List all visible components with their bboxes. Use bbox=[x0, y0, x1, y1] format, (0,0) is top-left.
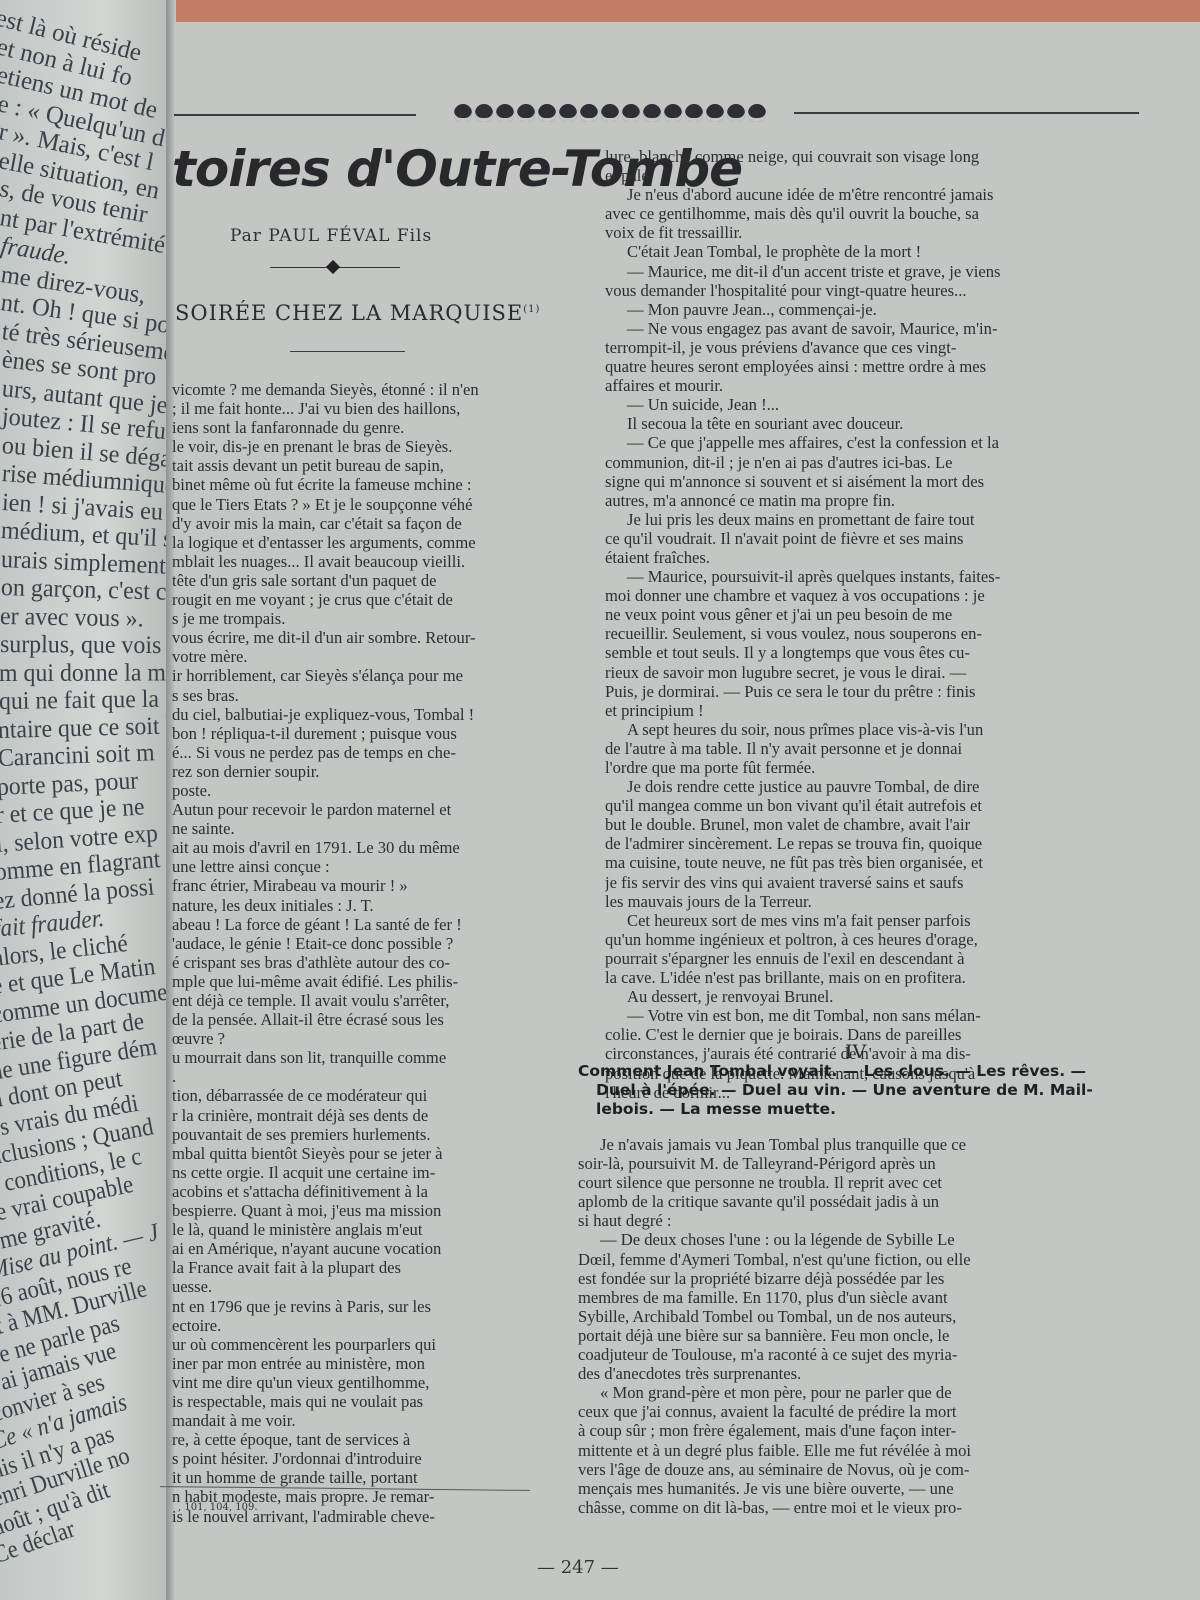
ornament-bead-icon bbox=[706, 104, 724, 122]
background-strip bbox=[0, 0, 1200, 24]
text-line: soir-là, poursuivit M. de Talleyrand-Pér… bbox=[578, 1154, 1143, 1173]
text-line: uesse. bbox=[172, 1277, 570, 1296]
text-line: ent déjà ce temple. Il avait voulu s'arr… bbox=[172, 991, 570, 1010]
text-line: votre mère. bbox=[172, 647, 570, 666]
text-line: tion, débarrassée de ce modérateur qui bbox=[172, 1086, 570, 1105]
left-page-text-line: on garçon, c'est cela bbox=[0, 574, 172, 607]
text-line: Dœil, femme d'Aymeri Tombal, n'est qu'un… bbox=[578, 1250, 1143, 1269]
text-line: ; il me fait honte... J'ai vu bien des h… bbox=[172, 399, 570, 418]
fleuron-divider bbox=[270, 262, 400, 274]
text-line: châsse, comme on dit là-bas, — entre moi… bbox=[578, 1498, 1143, 1517]
section-summary-line: Comment Jean Tombal voyait. — Les clous.… bbox=[578, 1062, 1148, 1081]
text-line: moi donner une chambre et vaquez à vos o… bbox=[605, 586, 1145, 605]
text-line: ma cuisine, toute neuve, ne fût pas très… bbox=[605, 853, 1145, 872]
text-line: de l'autre à ma table. Il n'y avait pers… bbox=[605, 739, 1145, 758]
chapter-title-text: SOIRÉE CHEZ LA MARQUISE bbox=[175, 301, 523, 325]
text-line: rez son dernier soupir. bbox=[172, 762, 570, 781]
ornament-bead-icon bbox=[727, 104, 745, 122]
text-line: mençais mes humanités. Je vis une bière … bbox=[578, 1479, 1143, 1498]
text-line: membres de ma famille. En 1170, plus d'u… bbox=[578, 1288, 1143, 1307]
text-line: s je me trompais. bbox=[172, 609, 570, 628]
text-line: it un homme de grande taille, portant bbox=[172, 1468, 570, 1487]
text-line: terrompit-il, je vous préviens d'avance … bbox=[605, 338, 1145, 357]
text-line: Autun pour recevoir le pardon maternel e… bbox=[172, 800, 570, 819]
ornament-bead-icon bbox=[580, 104, 598, 122]
text-line: iner par mon entrée au ministère, mon bbox=[172, 1354, 570, 1373]
header-rule-left bbox=[174, 114, 416, 116]
text-line: le là, quand le ministère anglais m'eut bbox=[172, 1220, 570, 1239]
text-line: pouvantait de ses premiers hurlements. bbox=[172, 1125, 570, 1144]
text-line: autres, m'a annoncé ce matin ma propre f… bbox=[605, 491, 1145, 510]
text-line: is respectable, mais qui ne voulait pas bbox=[172, 1392, 570, 1411]
right-column-continued: Je n'avais jamais vu Jean Tombal plus tr… bbox=[578, 1135, 1143, 1517]
text-line: bon ! répliqua-t-il durement ; puisque v… bbox=[172, 724, 570, 743]
text-line: les mauvais jours de la Terreur. bbox=[605, 892, 1145, 911]
ornament-bead-icon bbox=[601, 104, 619, 122]
text-line: s point hésiter. J'ordonnai d'introduire bbox=[172, 1449, 570, 1468]
text-line: court silence que personne ne troubla. I… bbox=[578, 1173, 1143, 1192]
text-line: — Maurice, poursuivit-il après quelques … bbox=[605, 567, 1145, 586]
text-line: bespierre. Quant à moi, j'eus ma mission bbox=[172, 1201, 570, 1220]
text-line: coadjuteur de Toulouse, m'a raconté à ce… bbox=[578, 1345, 1143, 1364]
text-line: signe qui m'annonce si souvent et si ais… bbox=[605, 472, 1145, 491]
text-line: — Votre vin est bon, me dit Tombal, non … bbox=[605, 1006, 1145, 1025]
section-summary: Comment Jean Tombal voyait. — Les clous.… bbox=[578, 1062, 1148, 1119]
text-line: ne sainte. bbox=[172, 819, 570, 838]
footnote-marker: (1) bbox=[523, 304, 540, 315]
text-line: é crispant ses bras d'athlète autour des… bbox=[172, 953, 570, 972]
text-line: circonstances, j'aurais été contrarié de… bbox=[605, 1044, 1145, 1063]
text-line: étaient fraîches. bbox=[605, 548, 1145, 567]
text-line: ait au mois d'avril en 1791. Le 30 du mê… bbox=[172, 838, 570, 857]
text-line: quatre heures seront employées ainsi : m… bbox=[605, 357, 1145, 376]
text-line: Cet heureux sort de mes vins m'a fait pe… bbox=[605, 911, 1145, 930]
text-line: des d'anecdotes très surprenantes. bbox=[578, 1364, 1143, 1383]
text-line: tait assis devant un petit bureau de sap… bbox=[172, 456, 570, 475]
ornament-bead-icon bbox=[496, 104, 514, 122]
text-line: Je dois rendre cette justice au pauvre T… bbox=[605, 777, 1145, 796]
right-page: toires d'Outre-Tombe Par PAUL FÉVAL Fils… bbox=[174, 22, 1200, 1600]
text-line: que le Tiers Etats ? » Et je le soupçonn… bbox=[172, 495, 570, 514]
text-line: l'ordre que ma porte fût fermée. bbox=[605, 758, 1145, 777]
left-page-text-line: er avec vous ». bbox=[0, 603, 144, 634]
text-line: but le double. Brunel, mon valet de cham… bbox=[605, 815, 1145, 834]
chapter-title: SOIRÉE CHEZ LA MARQUISE(1) bbox=[175, 301, 540, 325]
ornament-bead-icon bbox=[517, 104, 535, 122]
text-line: nature, les deux initiales : J. T. bbox=[172, 896, 570, 915]
text-line: — Mon pauvre Jean.., commençai-je. bbox=[605, 300, 1145, 319]
text-line: le voir, dis-je en prenant le bras de Si… bbox=[172, 437, 570, 456]
section-number: IV bbox=[845, 1041, 866, 1063]
text-line: affaires et mourir. bbox=[605, 376, 1145, 395]
text-line: voix de fit tressaillir. bbox=[605, 223, 1145, 242]
chapter-rule bbox=[290, 351, 405, 352]
text-line: du ciel, balbutiai-je expliquez-vous, To… bbox=[172, 705, 570, 724]
text-line: de la pensée. Allait-il être écrasé sous… bbox=[172, 1010, 570, 1029]
text-line: acobins et s'attacha définitivement à la bbox=[172, 1182, 570, 1201]
text-line: œuvre ? bbox=[172, 1029, 570, 1048]
footnote: , 101, 104, 109. bbox=[178, 1502, 258, 1513]
text-line: — Ne vous engagez pas avant de savoir, M… bbox=[605, 319, 1145, 338]
text-line: vers l'âge de douze ans, au séminaire de… bbox=[578, 1460, 1143, 1479]
text-line: lure, blanche comme neige, qui couvrait … bbox=[605, 147, 1145, 166]
text-line: abeau ! La force de géant ! La santé de … bbox=[172, 915, 570, 934]
right-column: lure, blanche comme neige, qui couvrait … bbox=[605, 147, 1145, 1102]
ornament-bead-icon bbox=[559, 104, 577, 122]
text-line: rougit en me voyant ; je crus que c'étai… bbox=[172, 590, 570, 609]
text-line: Je n'eus d'abord aucune idée de m'être r… bbox=[605, 185, 1145, 204]
text-line: la cave. L'idée n'est pas brillante, mai… bbox=[605, 968, 1145, 987]
left-facing-page: est là où résideet non à lui foetiens un… bbox=[0, 0, 172, 1600]
ornament-bead-icon bbox=[622, 104, 640, 122]
text-line: colie. C'est le dernier que je boirais. … bbox=[605, 1025, 1145, 1044]
text-line: u mourrait dans son lit, tranquille comm… bbox=[172, 1048, 570, 1067]
text-line: — Maurice, me dit-il d'un accent triste … bbox=[605, 262, 1145, 281]
text-line: tête d'un gris sale sortant d'un paquet … bbox=[172, 571, 570, 590]
text-line: poste. bbox=[172, 781, 570, 800]
text-line: Sybille, Archibald Tombel ou Tombal, un … bbox=[578, 1307, 1143, 1326]
text-line: mple que lui-même avait édifié. Les phil… bbox=[172, 972, 570, 991]
text-line: à coup sûr ; mon frère également, mais d… bbox=[578, 1421, 1143, 1440]
text-line: avec ce gentilhomme, mais dès qu'il ouvr… bbox=[605, 204, 1145, 223]
header-rule-right bbox=[794, 112, 1139, 114]
text-line: franc étrier, Mirabeau va mourir ! » bbox=[172, 876, 570, 895]
text-line: 'audace, le génie ! Etait-ce donc possib… bbox=[172, 934, 570, 953]
text-line: recueillir. Seulement, si vous voulez, n… bbox=[605, 624, 1145, 643]
text-line: je fis servir des vins qui avaient trave… bbox=[605, 873, 1145, 892]
text-line: est fondée sur la propriété bizarre déjà… bbox=[578, 1269, 1143, 1288]
left-page-text-line: surplus, que vois bbox=[0, 631, 161, 660]
section-summary-line: Duel à l'épée. — Duel au vin. — Une aven… bbox=[578, 1081, 1148, 1100]
text-line: ur où commencèrent les pourparlers qui bbox=[172, 1335, 570, 1354]
text-line: s ses bras. bbox=[172, 686, 570, 705]
text-line: Il secoua la tête en souriant avec douce… bbox=[605, 414, 1145, 433]
text-line: vous écrire, me dit-il d'un air sombre. … bbox=[172, 628, 570, 647]
text-line: pourrait s'épargner les ennuis de l'exil… bbox=[605, 949, 1145, 968]
text-line: — Ce que j'appelle mes affaires, c'est l… bbox=[605, 433, 1145, 452]
text-line: é... Si vous ne perdez pas de temps en c… bbox=[172, 743, 570, 762]
text-line: vicomte ? me demanda Sieyès, étonné : il… bbox=[172, 380, 570, 399]
ornament-bead-icon bbox=[454, 104, 472, 122]
text-line: portait déjà une bière sur sa bannière. … bbox=[578, 1326, 1143, 1345]
ornament-bead-icon bbox=[748, 104, 766, 122]
text-line: r la crinière, montrait déjà ses dents d… bbox=[172, 1106, 570, 1125]
text-line: nt en 1796 que je revins à Paris, sur le… bbox=[172, 1297, 570, 1316]
text-line: ce qu'il voudrait. Il n'avait point de f… bbox=[605, 529, 1145, 548]
text-line: Je n'avais jamais vu Jean Tombal plus tr… bbox=[578, 1135, 1143, 1154]
text-line: ne veux point vous gêner et j'ai un peu … bbox=[605, 605, 1145, 624]
text-line: la France avait fait à la plupart des bbox=[172, 1258, 570, 1277]
ornament-bead-icon bbox=[538, 104, 556, 122]
left-page-text-line: qui ne fait que la bbox=[0, 686, 159, 716]
author-line: Par PAUL FÉVAL Fils bbox=[230, 226, 432, 246]
ornament-bead-icon bbox=[475, 104, 493, 122]
text-line: communion, dit-il ; je n'en ai pas d'aut… bbox=[605, 453, 1145, 472]
text-line: binet même où fut écrite la fameuse mchi… bbox=[172, 475, 570, 494]
section-summary-line: lebois. — La messe muette. bbox=[578, 1100, 1148, 1119]
text-line: re, à cette époque, tant de services à bbox=[172, 1430, 570, 1449]
text-line: mbal quitta bientôt Sieyès pour se jeter… bbox=[172, 1144, 570, 1163]
text-line: A sept heures du soir, nous prîmes place… bbox=[605, 720, 1145, 739]
text-line: une lettre ainsi conçue : bbox=[172, 857, 570, 876]
text-line: ir horriblement, car Sieyès s'élança pou… bbox=[172, 666, 570, 685]
text-line: qu'un homme ingénieux et poltron, à ces … bbox=[605, 930, 1145, 949]
text-line: — Un suicide, Jean !... bbox=[605, 395, 1145, 414]
text-line: mittente et à un degré plus faible. Elle… bbox=[578, 1441, 1143, 1460]
text-line: qu'il mangea comme un bon vivant qu'il é… bbox=[605, 796, 1145, 815]
text-line: . bbox=[172, 1067, 570, 1086]
text-line: et principium ! bbox=[605, 701, 1145, 720]
text-line: C'était Jean Tombal, le prophète de la m… bbox=[605, 242, 1145, 261]
text-line: aplomb de la critique savante qu'il poss… bbox=[578, 1192, 1143, 1211]
ornament-bead-icon bbox=[664, 104, 682, 122]
text-line: — De deux choses l'une : ou la légende d… bbox=[578, 1230, 1143, 1249]
text-line: vous demander l'hospitalité pour vingt-q… bbox=[605, 281, 1145, 300]
header-ornament bbox=[454, 102, 778, 124]
ornament-bead-icon bbox=[685, 104, 703, 122]
left-page-text-line: m qui donne la m bbox=[0, 659, 166, 688]
text-line: mblait les nuages... Il avait beaucoup v… bbox=[172, 552, 570, 571]
text-line: ceux que j'ai connus, avaient la faculté… bbox=[578, 1402, 1143, 1421]
text-line: ai en Amérique, n'ayant aucune vocation bbox=[172, 1239, 570, 1258]
text-line: la logique et d'entasser les arguments, … bbox=[172, 533, 570, 552]
text-line: iens sont la fanfaronnade du genre. bbox=[172, 418, 570, 437]
text-line: de l'admirer sincèrement. Le repas se tr… bbox=[605, 834, 1145, 853]
middle-column: vicomte ? me demanda Sieyès, étonné : il… bbox=[172, 380, 570, 1526]
text-line: semble et tout seuls. Il y a longtemps q… bbox=[605, 643, 1145, 662]
page-number: — 247 — bbox=[537, 1557, 619, 1578]
text-line: mandait à me voir. bbox=[172, 1411, 570, 1430]
text-line: Au dessert, je renvoyai Brunel. bbox=[605, 987, 1145, 1006]
text-line: et pâle. bbox=[605, 166, 1145, 185]
text-line: vint me dire qu'un vieux gentilhomme, bbox=[172, 1373, 570, 1392]
text-line: Puis, je dormirai. — Puis ce sera le tou… bbox=[605, 682, 1145, 701]
text-line: ns cette orgie. Il acquit une certaine i… bbox=[172, 1163, 570, 1182]
ornament-bead-icon bbox=[643, 104, 661, 122]
text-line: ectoire. bbox=[172, 1316, 570, 1335]
text-line: d'y avoir mis la main, car c'était sa fa… bbox=[172, 514, 570, 533]
text-line: rieux de savoir mon lugubre secret, je v… bbox=[605, 663, 1145, 682]
text-line: Je lui pris les deux mains en promettant… bbox=[605, 510, 1145, 529]
text-line: « Mon grand-père et mon père, pour ne pa… bbox=[578, 1383, 1143, 1402]
text-line: si haut degré : bbox=[578, 1211, 1143, 1230]
